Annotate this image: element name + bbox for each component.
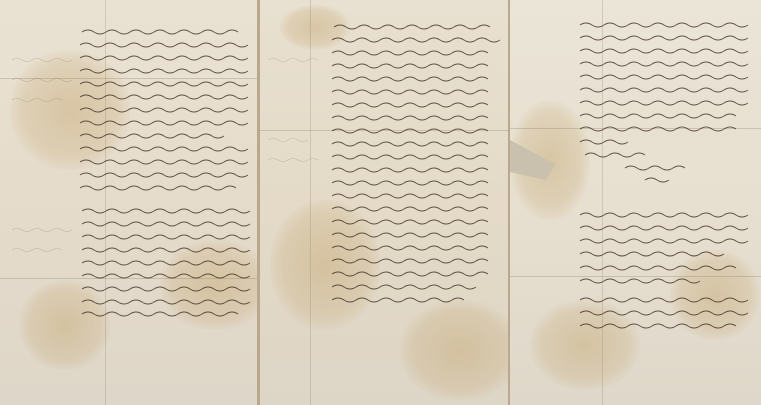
handwriting-ink (510, 0, 761, 405)
handwriting-ink (0, 0, 258, 405)
handwriting-ink (260, 0, 510, 405)
manuscript-page-2 (260, 0, 510, 405)
manuscript-page-1 (0, 0, 258, 405)
manuscript-page-3 (510, 0, 761, 405)
